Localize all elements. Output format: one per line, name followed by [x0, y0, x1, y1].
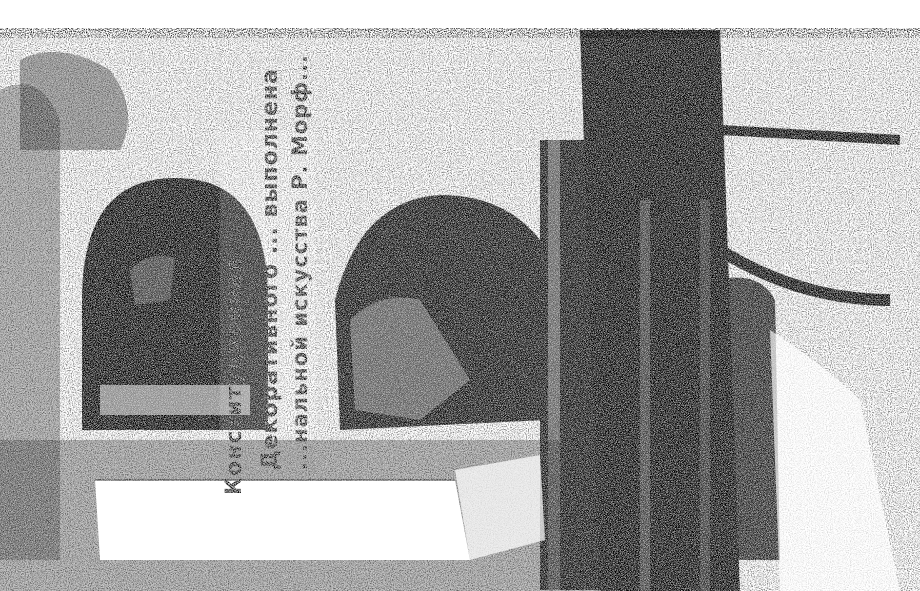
caption-column-1: Конституционная [222, 257, 247, 495]
top-edge-band [0, 28, 920, 38]
halftone-photograph [0, 0, 920, 591]
caption-column-2: Декоративного ... выполнена [258, 68, 283, 470]
bench-platform [95, 480, 470, 560]
right-doorway [715, 278, 780, 561]
caption-column-3: ...нальной искусства Р. Морф... [288, 54, 312, 470]
